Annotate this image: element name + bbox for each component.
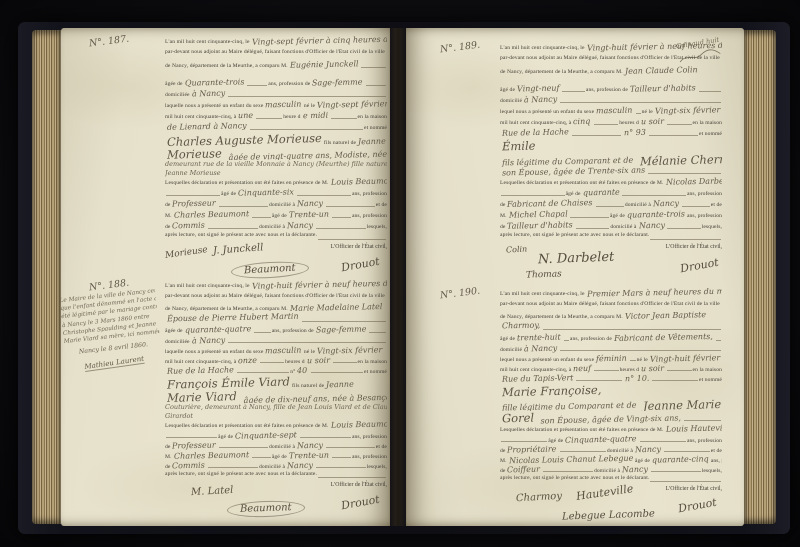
handwritten-text: n° 10. — [625, 374, 650, 383]
ruled-fill-line — [648, 173, 721, 174]
ruled-fill-line — [166, 195, 220, 196]
ruled-fill-line — [247, 85, 267, 86]
printed-text: âgé de — [500, 87, 515, 93]
handwritten-text: Premier Mars à neuf heures du matin — [586, 288, 722, 299]
record-line: après lecture, ont signé le présent acte… — [165, 471, 387, 481]
record-line: lequel nous a présenté un enfant du sexe… — [500, 354, 722, 364]
handwritten-text: masculin — [596, 106, 633, 115]
signature: Charmoy — [516, 491, 563, 504]
handwritten-text: Jeanne Marie — [643, 398, 722, 411]
ruled-fill-line — [228, 96, 386, 97]
handwritten-text: Rue de la Hache — [167, 366, 234, 376]
handwritten-text: Commis — [172, 221, 205, 230]
record-line: après lecture, ont signé le présent acte… — [500, 475, 722, 485]
printed-text: domiciliée — [165, 92, 190, 98]
handwritten-text: Nancy — [287, 221, 313, 230]
handwritten-text: son Épouse, âgée de Trente-six ans — [502, 167, 645, 177]
handwritten-text: Nicolas Darbelet — [665, 177, 722, 187]
printed-text: ans, profession de — [268, 81, 310, 87]
handwritten-text: Cinquante-sept — [235, 431, 297, 441]
ruled-fill-line — [331, 118, 357, 119]
record-line: François Émile Viard fils naturel de Jea… — [165, 376, 387, 390]
printed-text: mil huit cent cinquante-cinq, à — [165, 359, 236, 365]
record-line: Marie Françoise, — [500, 384, 722, 398]
record-number: N°. 190. — [439, 286, 480, 302]
signature-block: L'Officier de l'État civil,MorieuseJ. Ju… — [165, 243, 387, 285]
margin-note-signature: Mathieu Laurent — [84, 355, 145, 372]
handwritten-text: Trente-un — [289, 451, 329, 460]
record-line: âgé de Cinquante-sept ans, profession — [165, 431, 387, 441]
ruled-fill-line — [649, 135, 698, 136]
printed-text: Lesquelles déclaration et présentation o… — [165, 423, 329, 429]
handwritten-text: u soir — [641, 117, 664, 126]
handwritten-text: Louis Hauteville — [665, 424, 722, 434]
signature: Hauteville — [575, 483, 634, 504]
handwritten-text: Nancy — [297, 199, 323, 208]
printed-text: heures d — [285, 359, 305, 365]
printed-text: et nommé — [699, 131, 722, 137]
signature: Lebegue Lacombe — [562, 509, 655, 523]
printed-text: lesquels, — [702, 224, 722, 230]
record-line: M. Michel Chapal âgé de quarante-trois a… — [500, 210, 722, 221]
handwritten-text: Victor Jean Baptiste — [625, 311, 706, 321]
record-line: domiciliée à Nancy — [165, 336, 387, 346]
record-line: Charles Auguste Morieuse fils naturel de… — [165, 133, 387, 147]
handwritten-text: Michel Chapal — [508, 210, 567, 220]
record-line: âgé de Cinquante-quatre ans, profession — [500, 435, 722, 445]
handwritten-text: Tailleur d'habits — [507, 221, 573, 231]
ruled-fill-line — [594, 370, 618, 371]
record-line: de Lienard à Nancy et nommé — [165, 122, 387, 133]
ruled-fill-line — [260, 362, 284, 363]
printed-text: âgé de — [500, 336, 515, 342]
handwritten-text: 40 — [297, 366, 307, 375]
printed-text: heures d — [619, 120, 639, 126]
handwritten-text: quarante-quatre — [185, 325, 251, 335]
ruled-fill-line — [252, 457, 271, 458]
record-line: laquelle nous a présenté un enfant du se… — [165, 346, 387, 356]
printed-text: ans, profession — [352, 191, 387, 197]
ruled-fill-line — [596, 206, 624, 207]
handwritten-text: Vingt-huit février à neuf heures du mati… — [251, 280, 387, 291]
ruled-fill-line — [560, 451, 606, 452]
handwritten-text: féminin — [596, 354, 627, 363]
book-gutter-shadow — [388, 28, 407, 526]
printed-text: L'an mil huit cent cinquante-cinq, le — [500, 45, 585, 51]
signature: J. Junckell — [213, 242, 264, 256]
printed-text: âgée de — [165, 81, 183, 87]
handwritten-text: masculin — [265, 100, 302, 109]
ruled-fill-line — [562, 91, 584, 92]
record-line: Lesquelles déclaration et présentation o… — [165, 177, 387, 188]
printed-text: âgé de — [221, 191, 236, 197]
handwritten-text: à Nancy — [524, 344, 557, 353]
printed-text: âgé de — [635, 458, 650, 464]
printed-text: après lecture, ont signé le présent acte… — [165, 471, 317, 477]
printed-text: Lesquelles déclaration et présentation o… — [165, 180, 329, 186]
ruled-fill-line — [576, 380, 622, 381]
record-line: mil huit cent cinquante-cinq, à onze heu… — [165, 356, 387, 366]
ruled-fill-line — [333, 362, 357, 363]
ruled-fill-line — [667, 124, 692, 125]
margin-note: Le Maire de la ville de Nancy certifiequ… — [59, 287, 163, 375]
record-line: domicilié à Nancy — [500, 344, 722, 354]
handwritten-text: Nancy — [653, 199, 679, 208]
record-line: L'an mil huit cent cinquante-cinq, le Vi… — [165, 280, 387, 293]
record-line: de Nancy, département de la Meurthe, a c… — [165, 60, 387, 71]
ruled-fill-line — [219, 206, 268, 207]
handwritten-text: Commis — [172, 461, 205, 470]
handwritten-text: Girardot — [165, 412, 193, 420]
ruled-fill-line — [650, 239, 721, 240]
printed-text: M. — [500, 213, 507, 219]
handwritten-text: Couturière, demeurant à Nancy, fille de … — [165, 403, 387, 411]
record-line: âgé de trente-huit ans, profession de Fa… — [500, 333, 722, 343]
handwritten-text: Charles Beaumont — [173, 210, 248, 220]
ruled-fill-line — [316, 228, 366, 229]
printed-text: et nommé — [364, 369, 387, 375]
record-line: âgé de quarante ans, profession — [500, 188, 722, 199]
ruled-fill-line — [684, 420, 721, 421]
printed-text: âgé de — [272, 454, 287, 460]
record-number: N°. 187. — [88, 34, 129, 50]
ruled-fill-line — [326, 447, 375, 448]
record-line: de Nancy, département de la Meurthe, a c… — [500, 311, 722, 321]
ruled-fill-line — [572, 135, 621, 136]
printed-text: de — [500, 202, 505, 208]
handwritten-text: Coiffeur — [507, 465, 540, 474]
handwritten-text: Charmoy, — [502, 321, 540, 330]
record-line: Épouse de Pierre Hubert Martin — [165, 313, 387, 325]
printed-text: en la maison — [693, 120, 722, 126]
printed-text: né le — [304, 349, 315, 355]
ruled-fill-line — [219, 447, 268, 448]
printed-text: M. — [165, 454, 172, 460]
handwritten-text: Cinquante-quatre — [565, 435, 637, 445]
ruled-fill-line — [326, 206, 375, 207]
signature: Drouot — [340, 493, 380, 513]
printed-text: en la maison — [358, 359, 387, 365]
printed-text: ans, profession — [687, 213, 722, 219]
printed-text: en la maison — [358, 114, 387, 120]
printed-text: ans, profession — [352, 213, 387, 219]
printed-text: et nommé — [699, 377, 722, 383]
handwritten-text: quarante-cinq — [652, 455, 709, 465]
handwritten-text: à Nancy — [192, 89, 225, 98]
printed-text: ans, profession — [687, 191, 722, 197]
ruled-fill-line — [318, 477, 386, 478]
printed-text: né le — [304, 103, 315, 109]
ruled-fill-line — [237, 372, 289, 373]
record-line: domiciliée à Nancy — [165, 89, 387, 100]
record-line: L'an mil huit cent cinquante-cinq, le Pr… — [500, 288, 722, 301]
record-line: son Épouse, âgée de Trente-six ans — [500, 167, 722, 177]
signature: Drouot — [679, 256, 719, 276]
ruled-fill-line — [254, 332, 271, 333]
record-line — [500, 77, 722, 84]
record-line: Rue de la Hache n° 40 et nommé — [165, 366, 387, 376]
printed-text: âgé de — [548, 438, 563, 444]
record-line: Couturière, demeurant à Nancy, fille de … — [165, 403, 387, 412]
record-line: de Professeur domicilié à Nancy et de — [165, 199, 387, 210]
ruled-fill-line — [560, 102, 721, 103]
printed-text: ans, profession — [352, 454, 387, 460]
record-number: N°. 189. — [439, 40, 480, 56]
register-record: N°. 190.L'an mil huit cent cinquante-cin… — [500, 288, 722, 527]
handwritten-text: Rue du Tapis-Vert — [502, 374, 574, 384]
signature: M. Latel — [191, 485, 234, 498]
record-line: fils légitime du Comparant et de Mélanie… — [500, 153, 722, 167]
record-line: mil huit cent cinquante-cinq, à une heur… — [165, 111, 387, 122]
printed-text: par-devant nous adjoint au Maire délégué… — [165, 293, 385, 299]
handwritten-text: Vingt-six février — [655, 106, 720, 116]
printed-text: domicilié à — [625, 202, 651, 208]
handwritten-text: Vingt-sept février à cinq heures du soir — [251, 36, 387, 47]
record-line: par-devant nous adjoint au Maire délégué… — [165, 49, 387, 60]
handwritten-text: Marie Viard — [167, 390, 237, 403]
ruled-fill-line — [316, 467, 366, 468]
handwritten-text: Louis Beaumont — [330, 420, 387, 430]
printed-text: domicilié à — [594, 468, 620, 474]
printed-text: par-devant nous adjoint au Maire délégué… — [165, 49, 385, 55]
handwritten-text: u soir — [641, 364, 664, 373]
handwritten-text: trente-huit — [517, 333, 561, 342]
handwritten-text: neuf — [573, 364, 591, 373]
handwritten-text: demeurant rue de la vieille Monnaie à Na… — [165, 160, 387, 168]
record-line: âgée de quarante-quatre ans, profession … — [165, 325, 387, 335]
record-line: de Propriétaire domicilié à Nancy et de — [500, 445, 722, 455]
handwritten-text: masculin — [265, 346, 302, 355]
printed-text: lesquels, — [367, 464, 387, 470]
handwritten-text: quarante-trois — [627, 210, 685, 220]
record-line: Jeanne Morieuse — [165, 169, 387, 177]
record-line: âgée de Quarante-trois ans, profession d… — [165, 78, 387, 89]
printed-text: après lecture, ont signé le présent acte… — [165, 232, 317, 238]
printed-text: domicilié à — [259, 224, 285, 230]
record-line: Girardot — [165, 412, 387, 420]
printed-text: laquelle nous a présenté un enfant du se… — [165, 103, 263, 109]
record-line: mil huit cent cinquante-cinq, à neuf heu… — [500, 364, 722, 374]
handwritten-text: Vingt-huit février à neuf heures du soir — [586, 42, 722, 53]
handwritten-text: Sage-femme — [316, 325, 367, 335]
record-line: Marie Viard âgée de dix-neuf ans, née à … — [165, 390, 387, 403]
printed-text: domicilié à — [269, 444, 295, 450]
record-line: Lesquelles déclaration et présentation o… — [500, 424, 722, 434]
handwritten-text: Nancy — [635, 445, 661, 454]
printed-text: L'an mil huit cent cinquante-cinq, le — [165, 283, 250, 289]
printed-text: heures d — [620, 367, 640, 373]
handwritten-text: Nicolas Louis Chanut Lebegue — [508, 455, 633, 465]
page-edge-stack-right — [744, 30, 776, 524]
record-line: fille légitime du Comparant et de Jeanne… — [500, 398, 722, 411]
ruled-fill-line — [543, 471, 593, 472]
ruled-fill-line — [640, 441, 686, 442]
page-edge-stack-left — [32, 30, 61, 524]
record-line: laquelle nous a présenté un enfant du se… — [165, 100, 387, 111]
ruled-fill-line — [664, 451, 710, 452]
handwritten-text: Marie Madelaine Latel — [290, 303, 383, 313]
printed-text: de — [165, 464, 170, 470]
printed-text: domicilié à — [607, 448, 633, 454]
record-line: Émile — [500, 139, 722, 153]
ruled-fill-line — [228, 342, 386, 343]
handwritten-text: de Lienard à Nancy — [167, 122, 247, 132]
printed-text: Lesquelles déclaration et présentation o… — [500, 180, 664, 186]
record-line: de Commis domicilié à Nancy lesquels, — [165, 221, 387, 232]
record-line: M. Nicolas Louis Chanut Lebegue âgé de q… — [500, 455, 722, 465]
printed-text: mil huit cent cinquante-cinq, à — [500, 367, 571, 373]
printed-text: âgé de — [610, 213, 625, 219]
printed-text: fils naturel de — [292, 383, 324, 389]
ruled-fill-line — [166, 437, 217, 438]
handwritten-text: Propriétaire — [507, 445, 557, 455]
handwritten-text: Professeur — [172, 199, 216, 208]
signature: Thomas — [526, 269, 562, 280]
register-page-right: Guinaud huit N°. 189.L'an mil huit cent … — [406, 28, 744, 526]
handwritten-text: une — [238, 111, 253, 120]
printed-text: domicilié à — [269, 202, 295, 208]
ruled-fill-line — [622, 195, 686, 196]
printed-text: domicilié à — [610, 224, 636, 230]
printed-text: de Nancy, département de la Meurthe, a c… — [165, 306, 288, 312]
signature: Colin — [506, 244, 528, 254]
record-line: de Commis domicilié à Nancy lesquels, — [165, 461, 387, 471]
printed-text: lesquels, — [702, 468, 722, 474]
handwritten-text: Charles Auguste Morieuse — [167, 133, 322, 147]
printed-text: ans, profession — [711, 458, 722, 464]
record-line: L'an mil huit cent cinquante-cinq, le Vi… — [500, 42, 722, 55]
printed-text: âgé de — [218, 434, 233, 440]
printed-text: de — [500, 448, 505, 454]
printed-text: né le — [637, 357, 648, 363]
printed-text: M. — [165, 213, 172, 219]
officer-label: L'Officier de l'État civil, — [331, 482, 387, 488]
ruled-fill-line — [560, 350, 721, 351]
record-line: par-devant nous adjoint au Maire délégué… — [500, 301, 722, 311]
printed-text: ans, profession — [687, 438, 722, 444]
handwritten-text: quarante — [583, 188, 620, 197]
printed-text: âgé de — [566, 191, 581, 197]
handwritten-text: Quarante-trois — [185, 78, 245, 88]
printed-text: ans, profession de — [586, 87, 628, 93]
printed-text: mil huit cent cinquante-cinq, à — [165, 114, 236, 120]
printed-text: par-devant nous adjoint au Maire délégué… — [500, 301, 720, 307]
printed-text: de Nancy, département de la Meurthe, a c… — [500, 314, 623, 320]
officer-label: L'Officier de l'État civil, — [666, 486, 722, 492]
printed-text: et de — [376, 444, 387, 450]
record-line: de Tailleur d'habits domicilié à Nancy l… — [500, 221, 722, 232]
printed-text: L'an mil huit cent cinquante-cinq, le — [500, 291, 585, 297]
ruled-fill-line — [630, 360, 636, 361]
printed-text: ans, profession de — [272, 328, 314, 334]
printed-text: de Nancy, département de la Meurthe, a c… — [165, 63, 288, 69]
register-record: N°. 188.L'an mil huit cent cinquante-cin… — [165, 280, 387, 523]
record-line: de Nancy, département de la Meurthe, a c… — [500, 66, 722, 77]
handwritten-text: onze — [238, 356, 257, 365]
ruled-fill-line — [570, 217, 609, 218]
printed-text: par-devant nous adjoint au Maire délégué… — [500, 55, 720, 61]
handwritten-text: n° 93 — [624, 128, 646, 137]
handwritten-text: e midi — [302, 111, 327, 120]
printed-text: domicilié à — [259, 464, 285, 470]
register-scan-photo: N°. 187.L'an mil huit cent cinquante-cin… — [0, 0, 800, 547]
handwritten-text: son Épouse, âgée de Vingt-six ans, — [538, 414, 681, 424]
handwritten-text: Gorel — [502, 411, 534, 424]
ruled-fill-line — [208, 228, 258, 229]
printed-text: de — [500, 468, 505, 474]
ruled-fill-line — [667, 228, 700, 229]
record-line: après lecture, ont signé le présent acte… — [500, 232, 722, 243]
record-line: Rue de la Hachen° 93 et nommé — [500, 128, 722, 139]
printed-text: fils naturel de — [324, 140, 356, 146]
ruled-fill-line — [501, 441, 547, 442]
handwritten-text: cinq — [573, 117, 590, 126]
printed-text: n° — [290, 369, 295, 375]
record-line: domicilié à Nancy — [500, 95, 722, 106]
handwritten-text: à Nancy — [192, 336, 225, 345]
handwritten-text: Morieuse — [167, 147, 222, 160]
ruled-fill-line — [332, 217, 351, 218]
ruled-fill-line — [300, 437, 351, 438]
record-line: L'an mil huit cent cinquante-cinq, le Vi… — [165, 36, 387, 49]
handwritten-text: Épouse de Pierre Hubert Martin — [167, 313, 299, 323]
record-line: de Coiffeur domicilié à Nancy lesquels, — [500, 465, 722, 475]
ruled-fill-line — [594, 124, 619, 125]
handwritten-text: Sage-femme — [312, 78, 363, 88]
record-line: Lesquelles déclaration et présentation o… — [165, 420, 387, 430]
printed-text: ans, profession de — [570, 336, 612, 342]
printed-text: M. — [500, 458, 507, 464]
printed-text: L'an mil huit cent cinquante-cinq, le — [165, 39, 250, 45]
signature: Morieuse — [165, 245, 209, 261]
ruled-fill-line — [318, 239, 386, 240]
record-line: Rue du Tapis-Vertn° 10. et nommé — [500, 374, 722, 384]
handwritten-text: Émile — [502, 139, 536, 153]
ruled-fill-line — [252, 217, 271, 218]
handwritten-text: Trente-un — [289, 210, 329, 219]
handwritten-text: âgée de dix-neuf ans, née à Besançon (Do… — [241, 392, 387, 403]
printed-text: domiciliée — [165, 339, 190, 345]
ruled-fill-line — [501, 195, 565, 196]
ruled-fill-line — [650, 481, 721, 482]
printed-text: de Nancy, département de la Meurthe, a c… — [500, 69, 623, 75]
ruled-fill-line — [366, 85, 386, 86]
handwritten-text: Nancy — [297, 441, 323, 450]
record-line: Gorel son Épouse, âgée de Vingt-six ans, — [500, 411, 722, 424]
ruled-fill-line — [636, 113, 641, 114]
ruled-fill-line — [699, 91, 721, 92]
ruled-fill-line — [361, 67, 386, 68]
ruled-fill-line — [682, 206, 710, 207]
handwritten-text: Louis Beaumont — [330, 177, 387, 187]
printed-text: après lecture, ont signé le présent acte… — [500, 232, 649, 238]
handwritten-text: Professeur — [172, 441, 216, 450]
record-line: de Nancy, département de la Meurthe, a c… — [165, 303, 387, 313]
record-line: de Professeur domicilié à Nancy et de — [165, 441, 387, 451]
ruled-fill-line — [564, 340, 569, 341]
printed-text: heure d — [283, 114, 300, 120]
printed-text: Lesquelles déclaration et présentation o… — [500, 427, 664, 433]
handwritten-text: François Émile Viard — [167, 376, 290, 390]
printed-text: laquelle nous a présenté un enfant du se… — [165, 349, 263, 355]
ruled-fill-line — [369, 332, 386, 333]
ruled-fill-line — [256, 118, 282, 119]
record-line: par-devant nous adjoint au Maire délégué… — [165, 293, 387, 303]
handwritten-text: à Nancy — [524, 95, 557, 104]
handwritten-text: Vingt-six février — [317, 346, 382, 356]
handwritten-text: Vingt-sept février — [317, 100, 387, 110]
ruled-fill-line — [302, 321, 386, 322]
